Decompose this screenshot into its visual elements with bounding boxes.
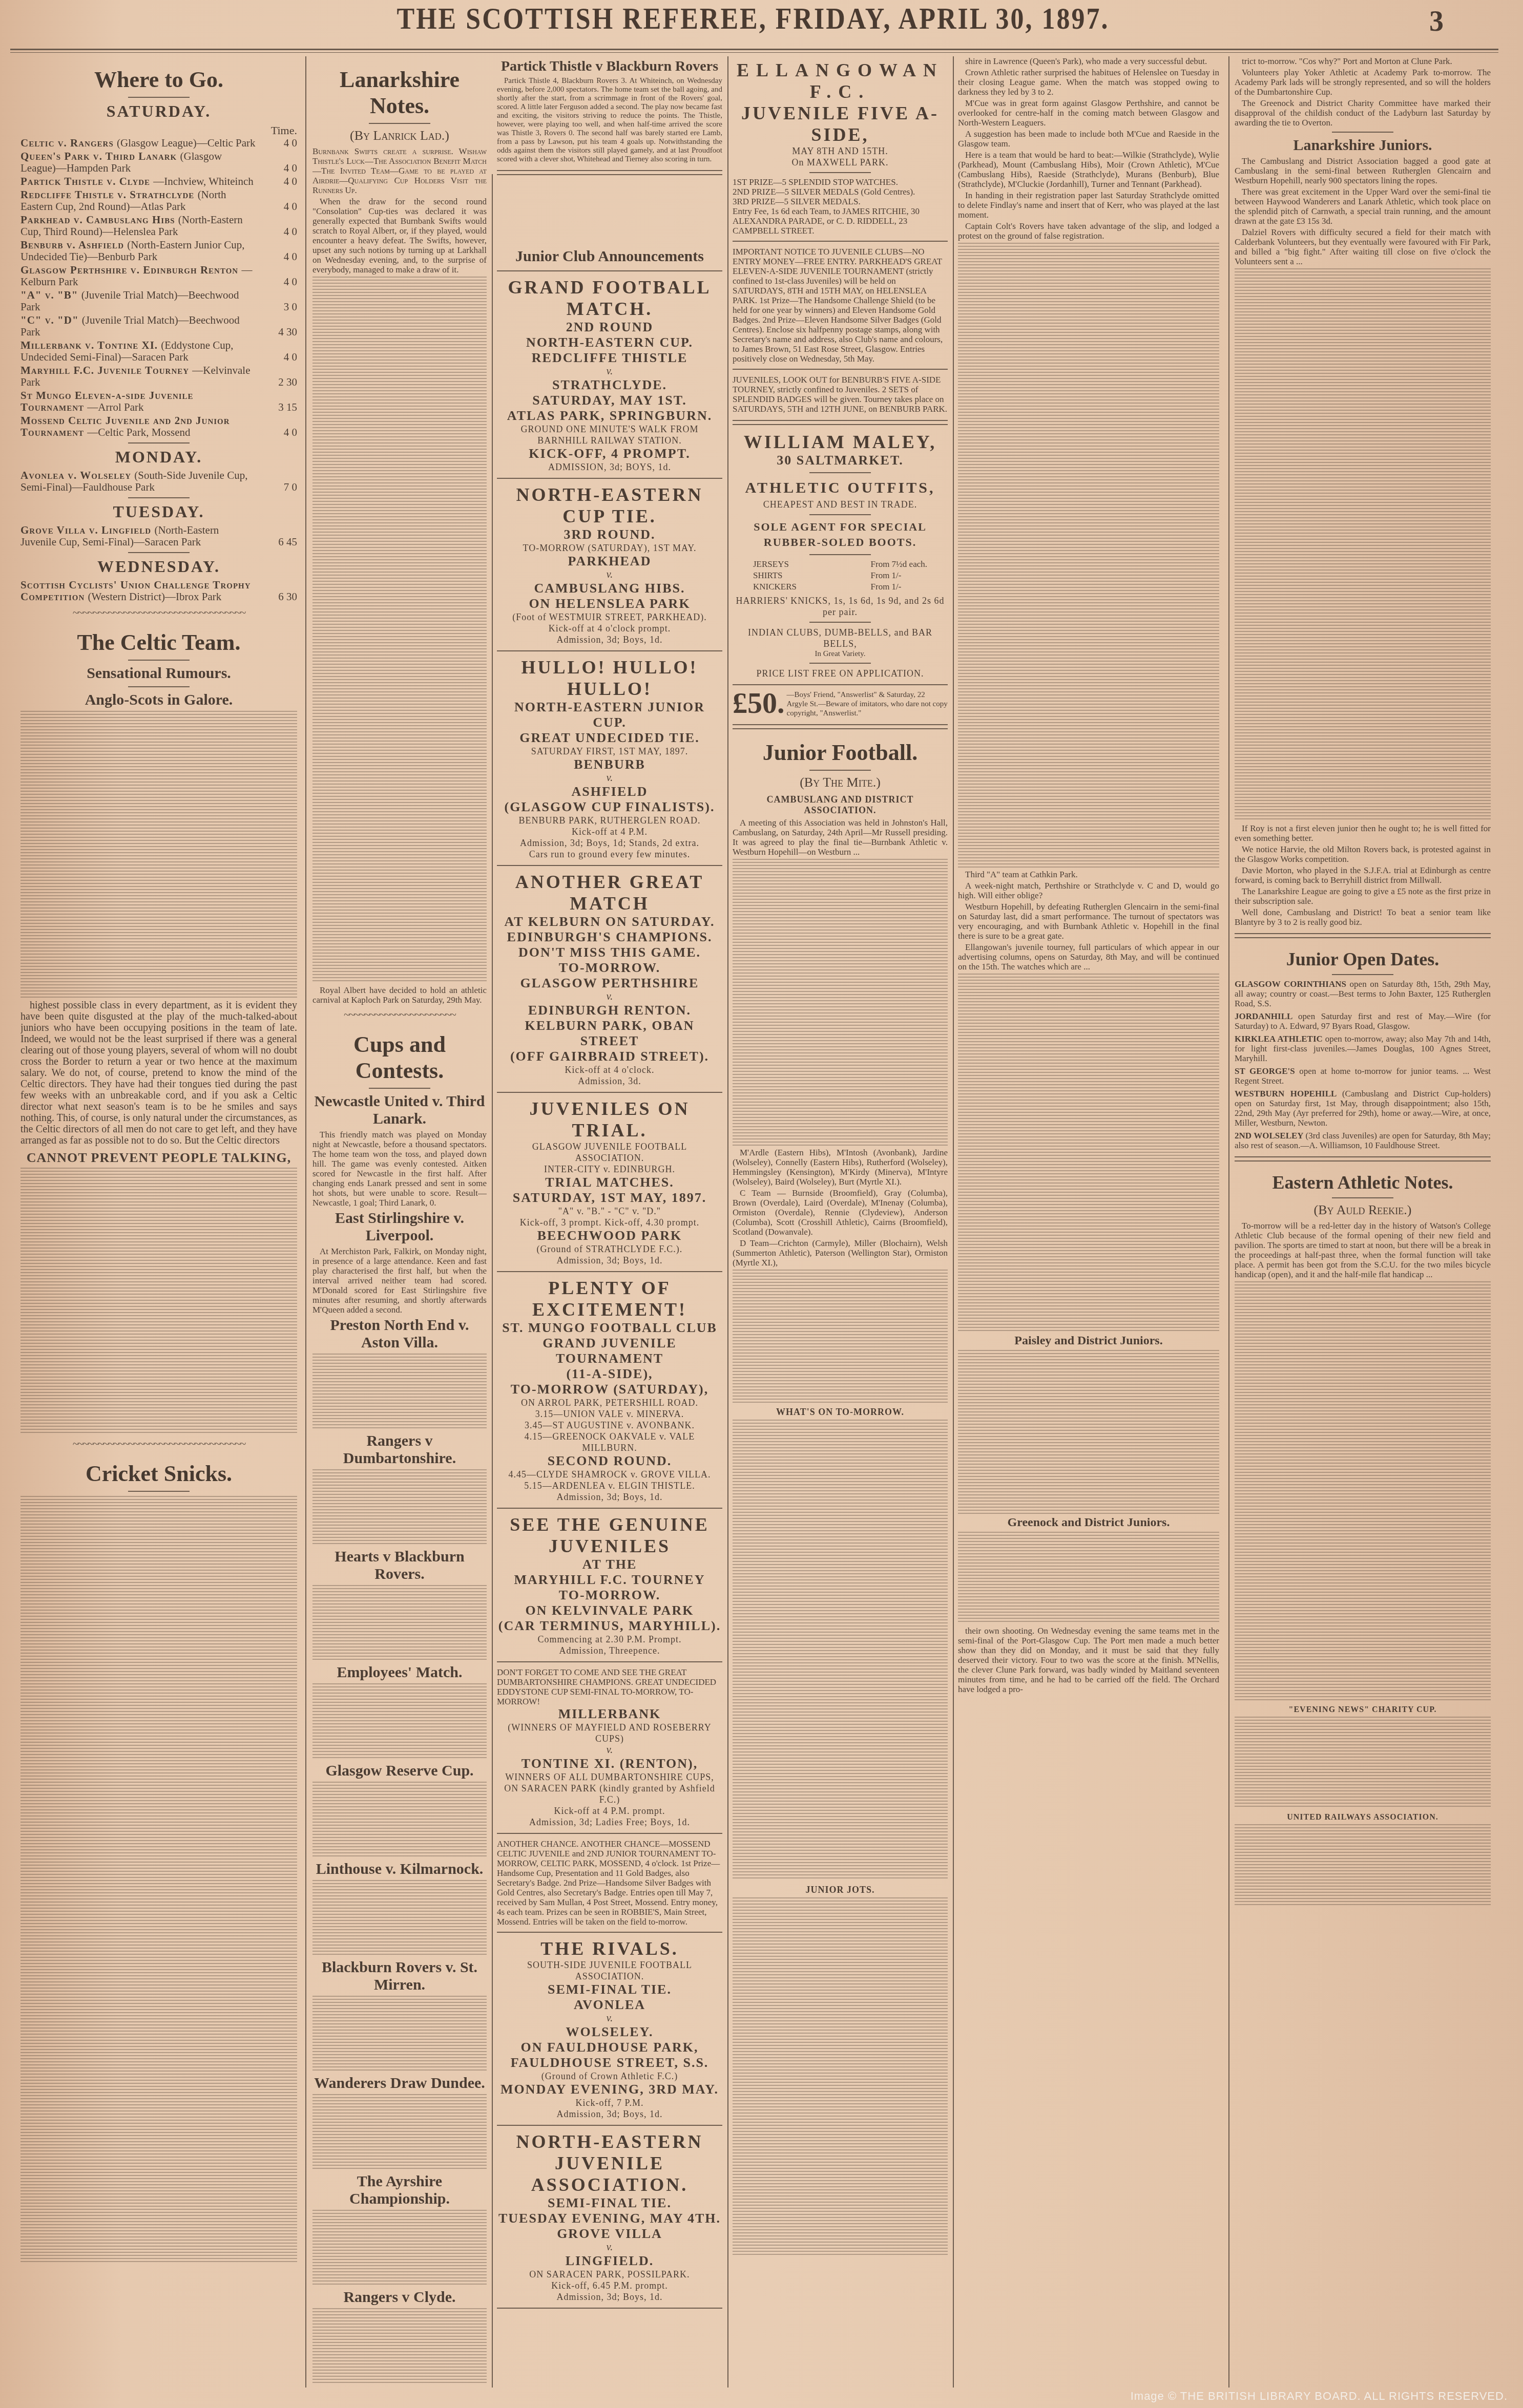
cup-item-title: Rangers v Clyde. (312, 2289, 487, 2306)
rule (733, 369, 948, 370)
rule (497, 1932, 722, 1933)
fixture-description: Redcliffe Thistle v. Strathclyde (North … (20, 189, 261, 213)
rule (497, 2308, 722, 2309)
ad-line: Admission, 3d; Boys, 1d. (497, 2291, 722, 2303)
fixture-time: 4 0 (261, 427, 297, 438)
ad-line: Admission, 3d; Boys, 1d. (497, 1255, 722, 1266)
fixture-description: Celtic v. Rangers (Glasgow League)—Celti… (20, 137, 261, 149)
ad-line: SOUTH-SIDE JUVENILE FOOTBALL ASSOCIATION… (497, 1959, 722, 1982)
fixture-row: Benburb v. Ashfield (North-Eastern Junio… (20, 239, 297, 263)
column-rule (305, 56, 306, 2388)
ad-line: (11-A-SIDE), (497, 1366, 722, 1382)
ad-line: Commencing at 2.30 P.M. Prompt. (497, 1634, 722, 1645)
masthead-rule (10, 49, 1498, 53)
article-text-block (312, 1469, 487, 1546)
ad-line: v. (497, 2013, 722, 2024)
prize-line: 3RD PRIZE—5 SILVER MEDALS. (733, 197, 948, 206)
fixture-row: Celtic v. Rangers (Glasgow League)—Celti… (20, 137, 297, 149)
article-text-block (958, 243, 1219, 868)
lanarkshire-summary: Burnbank Swifts create a surprise. Wisha… (312, 146, 487, 195)
cricket-snicks-section: Cricket Snicks. (20, 1461, 297, 2264)
ornament-rule (809, 622, 871, 623)
celtic-subheading: Sensational Rumours. (20, 665, 297, 682)
ad-clubs-sub: In Great Variety. (733, 649, 948, 659)
article-text-block (312, 1683, 487, 1760)
fixture-description: Benburb v. Ashfield (North-Eastern Junio… (20, 239, 261, 263)
column-5-paragraph: M'Cue was in great form against Glasgow … (958, 98, 1219, 128)
ad-line: SATURDAY FIRST, 1ST MAY, 1897. (497, 746, 722, 757)
fixture-detail: (Glasgow League)—Celtic Park (117, 137, 256, 149)
ad-line: Admission, 3d; Boys, 1d; Stands, 2d extr… (497, 837, 722, 849)
ad-line: GRAND FOOTBALL MATCH. (497, 277, 722, 320)
article-text-block (312, 2210, 487, 2287)
ad-line: ON FAULDHOUSE PARK, (497, 2040, 722, 2055)
open-date-club: GLASGOW CORINTHIANS (1235, 979, 1350, 989)
ad-line: BEECHWOOD PARK (497, 1228, 722, 1243)
eastern-athletic-body: To-morrow will be a red-letter day in th… (1235, 1221, 1491, 1279)
column-2: Lanarkshire Notes. (By Lanrick Lad.) Bur… (312, 56, 487, 2388)
double-rule (497, 170, 722, 175)
fixture-row: Scottish Cyclists' Union Challenge Troph… (20, 579, 297, 603)
fixture-description: Grove Villa v. Lingfield (North-Eastern … (20, 524, 261, 548)
partick-article: Partick Thistle v Blackburn Rovers Parti… (497, 56, 722, 181)
article-text-block (958, 1350, 1219, 1514)
column-6: trict to-morrow. "Cos why?" Port and Mor… (1235, 56, 1491, 2388)
lanarkshire-paragraph: Royal Albert have decided to hold an ath… (312, 985, 487, 1005)
ad-line: SEMI-FINAL TIE. (497, 1982, 722, 1997)
ad-line: AT THE (497, 1557, 722, 1572)
ad-line: TRIAL MATCHES. (497, 1175, 722, 1190)
article-text-block (312, 1996, 487, 2073)
article-text-block (733, 1897, 948, 2256)
cups-contests-heading: Cups and Contests. (312, 1031, 487, 1084)
fixture-description: St Mungo Eleven-a-side Juvenile Tourname… (20, 390, 261, 413)
column-rule (492, 174, 493, 2388)
cup-item-title: Wanderers Draw Dundee. (312, 2075, 487, 2092)
article-text-block (733, 1420, 948, 1881)
ad-line: v. (497, 991, 722, 1003)
ad-amount: £50. (733, 690, 785, 716)
ad-line: Admission, Threepence. (497, 1645, 722, 1656)
ad-line: LINGFIELD. (497, 2253, 722, 2269)
open-date-club: WESTBURN HOPEHILL (1235, 1089, 1342, 1099)
day-heading: TUESDAY. (20, 502, 297, 521)
ad-line: Kick-off at 4 P.M. (497, 826, 722, 837)
open-date-entry: JORDANHILL open Saturday first and rest … (1235, 1011, 1491, 1031)
fixture-row: "A" v. "B" (Juvenile Trial Match)—Beechw… (20, 289, 297, 313)
ad-line: ON SARACEN PARK, POSSILPARK. (497, 2269, 722, 2280)
ad-line: Admission, 3d; Boys, 1d. (497, 1491, 722, 1503)
cup-item-body: At Merchiston Park, Falkirk, on Monday n… (312, 1247, 487, 1315)
ad-line: ELLANGOWAN F.C. (733, 59, 948, 102)
fixture-row: Maryhill F.C. Juvenile Tourney —Kelvinva… (20, 365, 297, 388)
ad-line: TO-MORROW (SATURDAY), 1ST MAY. (497, 542, 722, 554)
open-date-entry: ST GEORGE'S open at home to-morrow for j… (1235, 1066, 1491, 1086)
subsection-heading: Greenock and District Juniors. (958, 1516, 1219, 1530)
fixture-teams: Partick Thistle v. Clyde (20, 175, 153, 187)
ad-line: MONDAY EVENING, 3RD MAY. (497, 2082, 722, 2097)
ad-line: SATURDAY, 1ST MAY, 1897. (497, 1190, 722, 1206)
ad-line: CAMBUSLANG HIBS. (497, 581, 722, 596)
ad-line: 3.15—UNION VALE v. MINERVA. (497, 1408, 722, 1420)
article-text-block (312, 1585, 487, 1662)
rule (733, 241, 948, 242)
wavy-rule: ~~~~~~~~~~~~~~~~~~~~~~ (312, 1008, 487, 1021)
fixture-row: "C" v. "D" (Juvenile Trial Match)—Beechw… (20, 314, 297, 338)
column-6-paragraph: Volunteers play Yoker Athletic at Academ… (1235, 68, 1491, 97)
fixture-time: 4 0 (261, 137, 297, 149)
ornament-rule (809, 663, 871, 664)
fixture-row: Queen's Park v. Third Lanark (Glasgow Le… (20, 151, 297, 174)
ad-line: NORTH-EASTERN JUNIOR CUP. (497, 700, 722, 730)
article-text-block (1235, 268, 1491, 821)
ad-line: 4.45—CLYDE SHAMROCK v. GROVE VILLA. (497, 1469, 722, 1480)
team-list: D Team—Crichton (Carmyle), Miller (Bloch… (733, 1238, 948, 1268)
ad-line: AVONLEA (497, 1997, 722, 2013)
ad-line: WINNERS OF ALL DUMBARTONSHIRE CUPS, (497, 1771, 722, 1783)
column-5-paragraph: A suggestion has been made to include bo… (958, 129, 1219, 149)
ad-line: PARKHEAD (497, 554, 722, 569)
ornament-rule (369, 1088, 430, 1089)
wavy-rule: ~~~~~~~~~~~~~~~~~~~~~~~~~~~~~~~~~~ (20, 606, 297, 619)
prize-line: 2ND PRIZE—5 SILVER MEDALS (Gold Centres)… (733, 187, 948, 197)
ornament-rule (1332, 974, 1393, 975)
celtic-subheading: Anglo-Scots in Galore. (20, 691, 297, 709)
column-1: Where to Go. SATURDAY. Time. Celtic v. R… (20, 56, 297, 2388)
subsection-title: "EVENING NEWS" CHARITY CUP. (1235, 1705, 1491, 1715)
ad-line: KELBURN PARK, OBAN STREET (497, 1018, 722, 1049)
ad-price-list: PRICE LIST FREE ON APPLICATION. (733, 668, 948, 679)
announcement-north-eastern-juvenile: NORTH-EASTERN JUVENILE ASSOCIATION.SEMI-… (497, 2131, 722, 2303)
open-date-entry: WESTBURN HOPEHILL (Cambuslang and Distri… (1235, 1089, 1491, 1128)
column-5: shire in Lawrence (Queen's Park), who ma… (958, 56, 1219, 2388)
ad-line: (Ground of STRATHCLYDE F.C.). (497, 1243, 722, 1255)
fixture-row: Partick Thistle v. Clyde —Inchview, Whit… (20, 176, 297, 187)
ad-line: SEMI-FINAL TIE. (497, 2195, 722, 2211)
ad-line: On MAXWELL PARK. (733, 157, 948, 168)
fixture-time: 4 0 (261, 201, 297, 213)
important-notice-ad: IMPORTANT NOTICE TO JUVENILE CLUBS—NO EN… (733, 247, 948, 364)
greenock-paragraph: their own shooting. On Wednesday evening… (958, 1626, 1219, 1694)
celtic-crosshead: CANNOT PREVENT PEOPLE TALKING, (20, 1150, 297, 1166)
fixture-row: Parkhead v. Cambuslang Hibs (North-Easte… (20, 214, 297, 238)
ad-name: WILLIAM MALEY, (733, 431, 948, 453)
fixture-time: 6 45 (261, 536, 297, 548)
article-text-block (20, 711, 297, 998)
price-item: JERSEYS (753, 559, 861, 569)
ad-line: NORTH-EASTERN JUVENILE ASSOCIATION. (497, 2131, 722, 2195)
ad-line: v. (497, 772, 722, 784)
ad-line: ON HELENSLEA PARK (497, 596, 722, 611)
ad-line: GLASGOW PERTHSHIRE (497, 976, 722, 991)
ad-line: PLENTY OF EXCITEMENT! (497, 1277, 722, 1320)
open-date-entry: 2ND WOLSELEY (3rd class Juveniles) are o… (1235, 1131, 1491, 1150)
rule (497, 650, 722, 651)
lj-paragraph: Dalziel Rovers with difficulty secured a… (1235, 227, 1491, 266)
ad-entry: Entry Fee, 1s 6d each Team, to JAMES RIT… (733, 206, 948, 236)
ad-line: ANOTHER CHANCE. ANOTHER CHANCE—MOSSEND C… (497, 1839, 722, 1927)
ad-tagline: CHEAPEST AND BEST IN TRADE. (733, 499, 948, 510)
ad-line: Cars run to ground every few minutes. (497, 849, 722, 860)
column-rule (953, 56, 954, 2388)
ornament-rule (809, 172, 871, 173)
announcement-dont-forget: DON'T FORGET TO COME AND SEE THE GREAT D… (497, 1667, 722, 1828)
price-value: From 7½d each. (871, 559, 927, 569)
partick-heading: Partick Thistle v Blackburn Rovers (497, 58, 722, 75)
price-value: From 1/- (871, 582, 927, 592)
ad-line: ASHFIELD (497, 784, 722, 799)
lj-paragraph: There was great excitement in the Upper … (1235, 187, 1491, 226)
junior-open-dates-section: Junior Open Dates. GLASGOW CORINTHIANS o… (1235, 948, 1491, 1150)
ad-line: Admission, 3d; Ladies Free; Boys, 1d. (497, 1816, 722, 1828)
junior-club-announcements-heading: Junior Club Announcements (497, 248, 722, 265)
rule (497, 1661, 722, 1662)
william-maley-ad: WILLIAM MALEY, 30 SALTMARKET. ATHLETIC O… (733, 431, 948, 679)
announcement-grand-football-match: GRAND FOOTBALL MATCH.2ND ROUNDNORTH-EAST… (497, 277, 722, 473)
junior-football-section: Junior Football. (By The Mite.) CAMBUSLA… (733, 740, 948, 2256)
open-date-club: ST GEORGE'S (1235, 1066, 1299, 1076)
fixture-description: Queen's Park v. Third Lanark (Glasgow Le… (20, 151, 261, 174)
ornament-rule (809, 472, 871, 473)
ornament-rule (128, 552, 190, 553)
cricket-snicks-heading: Cricket Snicks. (20, 1461, 297, 1487)
fixture-teams: Millerbank v. Tontine XI. (20, 339, 161, 351)
cup-item-title: Hearts v Blackburn Rovers. (312, 1548, 487, 1583)
ad-line: 5.15—ARDENLEA v. ELGIN THISTLE. (497, 1480, 722, 1491)
subsection-heading: Paisley and District Juniors. (958, 1334, 1219, 1348)
column-5-paragraph: In handing in their registration paper l… (958, 191, 1219, 220)
image-credit: Image © THE BRITISH LIBRARY BOARD. ALL R… (1131, 2390, 1508, 2403)
ornament-rule (369, 123, 430, 124)
ad-line: SECOND ROUND. (497, 1453, 722, 1469)
ad-line: TO-MORROW (SATURDAY), (497, 1382, 722, 1397)
fixture-teams: Benburb v. Ashfield (20, 239, 127, 251)
fixture-teams: Parkhead v. Cambuslang Hibs (20, 214, 178, 226)
ad-line: NORTH-EASTERN CUP TIE. (497, 484, 722, 527)
rule (497, 270, 722, 271)
cups-and-contests-section: Cups and Contests. Newcastle United v. T… (312, 1031, 487, 2385)
subsection-title: UNITED RAILWAYS ASSOCIATION. (1235, 1813, 1491, 1822)
ad-line: HULLO! HULLO! HULLO! (497, 657, 722, 700)
fixture-row: Glasgow Perthshire v. Edinburgh Renton —… (20, 264, 297, 288)
page-number: 3 (1429, 5, 1444, 38)
ad-address: 30 SALTMARKET. (733, 453, 948, 468)
ad-line: v. (497, 366, 722, 377)
ad-line: FAULDHOUSE STREET, S.S. (497, 2055, 722, 2071)
open-dates-list: GLASGOW CORINTHIANS open on Saturday 8th… (1235, 979, 1491, 1150)
fixture-description: Partick Thistle v. Clyde —Inchview, Whit… (20, 176, 261, 187)
fixture-time: 6 30 (261, 591, 297, 603)
fixture-detail: —Inchview, Whiteinch (153, 175, 253, 187)
rule (497, 1092, 722, 1093)
team-list: M'Ardle (Eastern Hibs), M'Intosh (Avonba… (733, 1148, 948, 1187)
open-date-club: JORDANHILL (1235, 1011, 1298, 1021)
open-date-club: 2ND WOLSELEY (1235, 1131, 1306, 1140)
announcement-maryhill-tourney: SEE THE GENUINE JUVENILESAT THEMARYHILL … (497, 1514, 722, 1656)
ad-line: JUVENILE FIVE A-SIDE, (733, 102, 948, 145)
ad-line: STRATHCLYDE. (497, 377, 722, 393)
jots-paragraph: Third "A" team at Cathkin Park. (958, 870, 1219, 879)
ad-line: REDCLIFFE THISTLE (497, 350, 722, 366)
eastern-athletic-notes-section: Eastern Athletic Notes. (By Auld Reekie.… (1235, 1172, 1491, 1906)
price-item: SHIRTS (753, 571, 861, 581)
fixture-detail: (Western District)—Ibrox Park (88, 590, 222, 603)
subsection-title: WHAT'S ON TO-MORROW. (733, 1407, 948, 1418)
column-6-paragraph: trict to-morrow. "Cos why?" Port and Mor… (1235, 56, 1491, 66)
cup-item-title: Blackburn Rovers v. St. Mirren. (312, 1959, 487, 1994)
newspaper-page: THE SCOTTISH REFEREE, FRIDAY, APRIL 30, … (0, 0, 1523, 2408)
column-5-paragraph: Here is a team that would be hard to bea… (958, 150, 1219, 189)
ad-line: v. (497, 2242, 722, 2253)
ad-line: "A" v. "B." - "C" v. "D." (497, 1206, 722, 1217)
fixture-list-monday: Avonlea v. Wolseley (South-Side Juvenile… (20, 470, 297, 493)
fixture-teams: Maryhill F.C. Juvenile Tourney (20, 364, 192, 376)
ad-line: Kick-off, 6.45 P.M. prompt. (497, 2280, 722, 2291)
ad-line: 3RD ROUND. (497, 527, 722, 542)
fixture-time: 4 30 (261, 326, 297, 338)
ad-line: Admission, 3d; Boys, 1d. (497, 2108, 722, 2120)
fixture-detail: —Arrol Park (87, 401, 143, 413)
fixture-row: Mossend Celtic Juvenile and 2nd Junior T… (20, 415, 297, 438)
article-text-block (312, 2094, 487, 2171)
ad-line: ATLAS PARK, SPRINGBURN. (497, 408, 722, 424)
eastern-athletic-heading: Eastern Athletic Notes. (1235, 1172, 1491, 1193)
masthead: THE SCOTTISH REFEREE, FRIDAY, APRIL 30, … (0, 0, 1523, 54)
ad-line: 3.45—ST AUGUSTINE v. AVONBANK. (497, 1420, 722, 1431)
ad-line: GROVE VILLA (497, 2226, 722, 2242)
ad-line: THE RIVALS. (497, 1938, 722, 1959)
lj-paragraph: We notice Harvie, the old Milton Rovers … (1235, 844, 1491, 864)
ad-line: (Ground of Crown Athletic F.C.) (497, 2071, 722, 2082)
fixture-row: Grove Villa v. Lingfield (North-Eastern … (20, 524, 297, 548)
announcement-plenty-of-excitement: PLENTY OF EXCITEMENT!ST. MUNGO FOOTBALL … (497, 1277, 722, 1503)
cup-item-title: Preston North End v. Aston Villa. (312, 1317, 487, 1351)
ad-line: Admission, 3d; Boys, 1d. (497, 634, 722, 645)
fixture-row: St Mungo Eleven-a-side Juvenile Tourname… (20, 390, 297, 413)
celtic-body: highest possible class in every departme… (20, 1000, 297, 1146)
fixture-description: Avonlea v. Wolseley (South-Side Juvenile… (20, 470, 261, 493)
announcement-another-chance: ANOTHER CHANCE. ANOTHER CHANCE—MOSSEND C… (497, 1839, 722, 1927)
day-heading: SATURDAY. (20, 102, 297, 121)
masthead-title: THE SCOTTISH REFEREE, FRIDAY, APRIL 30, … (394, 2, 1112, 37)
ad-agent: SOLE AGENT FOR SPECIAL RUBBER-SOLED BOOT… (733, 519, 948, 550)
article-text-block (312, 277, 487, 983)
fixture-teams: "C" v. "D" (20, 314, 82, 326)
cup-item-title: Rangers v Dumbartonshire. (312, 1432, 487, 1467)
ad-line: WOLSELEY. (497, 2024, 722, 2040)
ad-line: v. (497, 1744, 722, 1756)
open-date-entry: KIRKLEA ATHLETIC open to-morrow, away; a… (1235, 1034, 1491, 1063)
ad-clubs: INDIAN CLUBS, DUMB-BELLS, and BAR BELLS, (733, 627, 948, 649)
ad-line: TONTINE XI. (RENTON), (497, 1756, 722, 1771)
fixture-teams: Glasgow Perthshire v. Edinburgh Renton (20, 264, 241, 276)
ad-line: (OFF GAIRBRAID STREET). (497, 1049, 722, 1064)
byline: (By Lanrick Lad.) (312, 128, 487, 143)
partick-body: Partick Thistle 4, Blackburn Rovers 3. A… (497, 77, 722, 164)
fixture-list-saturday: Celtic v. Rangers (Glasgow League)—Celti… (20, 137, 297, 438)
ad-line: NORTH-EASTERN CUP. (497, 335, 722, 350)
column-rule (1228, 56, 1229, 2388)
ornament-rule (128, 1491, 190, 1492)
wavy-rule: ~~~~~~~~~~~~~~~~~~~~~~~~~~~~~~~~~~ (20, 1437, 297, 1450)
ad-line: BENBURB PARK, RUTHERGLEN ROAD. (497, 815, 722, 826)
ad-line: ADMISSION, 3d; BOYS, 1d. (497, 461, 722, 473)
announcement-the-rivals: THE RIVALS.SOUTH-SIDE JUVENILE FOOTBALL … (497, 1938, 722, 2120)
ornament-rule (809, 770, 871, 771)
rule (733, 684, 948, 685)
ad-harriers: HARRIERS' KNICKS, 1s, 1s 6d, 1s 9d, and … (733, 595, 948, 618)
cups-contests-list: Newcastle United v. Third Lanark.This fr… (312, 1093, 487, 2385)
fixture-time: 4 0 (261, 251, 297, 263)
byline: (By Auld Reekie.) (1235, 1202, 1491, 1218)
rule (497, 1271, 722, 1272)
column-5-paragraph: shire in Lawrence (Queen's Park), who ma… (958, 56, 1219, 66)
lj-paragraph: The Lanarkshire League are going to give… (1235, 886, 1491, 906)
prize-line: 1ST PRIZE—5 SPLENDID STOP WATCHES. (733, 177, 948, 187)
junior-football-paragraph: A meeting of this Association was held i… (733, 818, 948, 857)
ad-line: 4.15—GREENOCK OAKVALE v. VALE MILLBURN. (497, 1431, 722, 1453)
ad-line: EDINBURGH RENTON. (497, 1003, 722, 1018)
fixture-teams: Redcliffe Thistle v. Strathclyde (20, 188, 198, 201)
fixture-description: "A" v. "B" (Juvenile Trial Match)—Beechw… (20, 289, 261, 313)
column-rule (727, 56, 728, 2388)
cup-item-body: This friendly match was played on Monday… (312, 1130, 487, 1208)
fifty-pound-ad: £50. —Boys' Friend, "Answerlist" & Satur… (733, 690, 948, 718)
fixture-list-wednesday: Scottish Cyclists' Union Challenge Troph… (20, 579, 297, 603)
fixture-time: 3 15 (261, 402, 297, 413)
ad-line: v. (497, 569, 722, 581)
article-text-block (20, 1168, 297, 1434)
ad-headline: ATHLETIC OUTFITS, (733, 477, 948, 499)
ellangowan-ad: ELLANGOWAN F.C. JUVENILE FIVE A-SIDE, MA… (733, 59, 948, 236)
fixture-time: 7 0 (261, 481, 297, 493)
rule (497, 2125, 722, 2126)
lanarkshire-paragraph: When the draw for the second round "Cons… (312, 197, 487, 274)
ad-line: GROUND ONE MINUTE'S WALK FROM BARNHILL R… (497, 424, 722, 446)
ad-line: GREAT UNDECIDED TIE. (497, 730, 722, 746)
lj-paragraph: Well done, Cambuslang and District! To b… (1235, 907, 1491, 927)
column-5-paragraphs: shire in Lawrence (Queen's Park), who ma… (958, 56, 1219, 241)
day-heading: WEDNESDAY. (20, 557, 297, 576)
fixture-description: Scottish Cyclists' Union Challenge Troph… (20, 579, 261, 603)
cup-item-title: Employees' Match. (312, 1664, 487, 1681)
fixture-detail: —Celtic Park, Mossend (87, 426, 190, 438)
ad-line: SATURDAY, MAY 1ST. (497, 393, 722, 408)
cup-item-title: Glasgow Reserve Cup. (312, 1762, 487, 1780)
article-text-block (958, 974, 1219, 1332)
ad-line: TUESDAY EVENING, MAY 4TH. (497, 2211, 722, 2226)
ad-line: MARYHILL F.C. TOURNEY (497, 1572, 722, 1588)
fixture-row: Redcliffe Thistle v. Strathclyde (North … (20, 189, 297, 213)
article-text-block (20, 1496, 297, 2264)
benburb-notice-ad: JUVENILES, LOOK OUT for BENBURB'S FIVE A… (733, 375, 948, 414)
ad-line: JUVENILES ON TRIAL. (497, 1098, 722, 1141)
byline: (By The Mite.) (733, 775, 948, 790)
fixture-teams: Queen's Park v. Third Lanark (20, 150, 180, 162)
jots-paragraph: Ellangowan's juvenile tourney, full part… (958, 942, 1219, 971)
column-6-paragraphs: trict to-morrow. "Cos why?" Port and Mor… (1235, 56, 1491, 128)
jots-paragraph: A week-night match, Perthshire or Strath… (958, 881, 1219, 900)
where-to-go-heading: Where to Go. (20, 67, 297, 93)
fixture-teams: Grove Villa v. Lingfield (20, 524, 154, 536)
ad-line: ST. MUNGO FOOTBALL CLUB (497, 1320, 722, 1336)
ornament-rule (128, 686, 190, 687)
fixture-description: Parkhead v. Cambuslang Hibs (North-Easte… (20, 214, 261, 238)
double-rule (1235, 933, 1491, 938)
ad-line: DON'T FORGET TO COME AND SEE THE GREAT D… (497, 1667, 722, 1706)
ad-line: Kick-off, 3 prompt. Kick-off, 4.30 promp… (497, 1217, 722, 1228)
announcement-juveniles-on-trial: JUVENILES ON TRIAL.GLASGOW JUVENILE FOOT… (497, 1098, 722, 1266)
